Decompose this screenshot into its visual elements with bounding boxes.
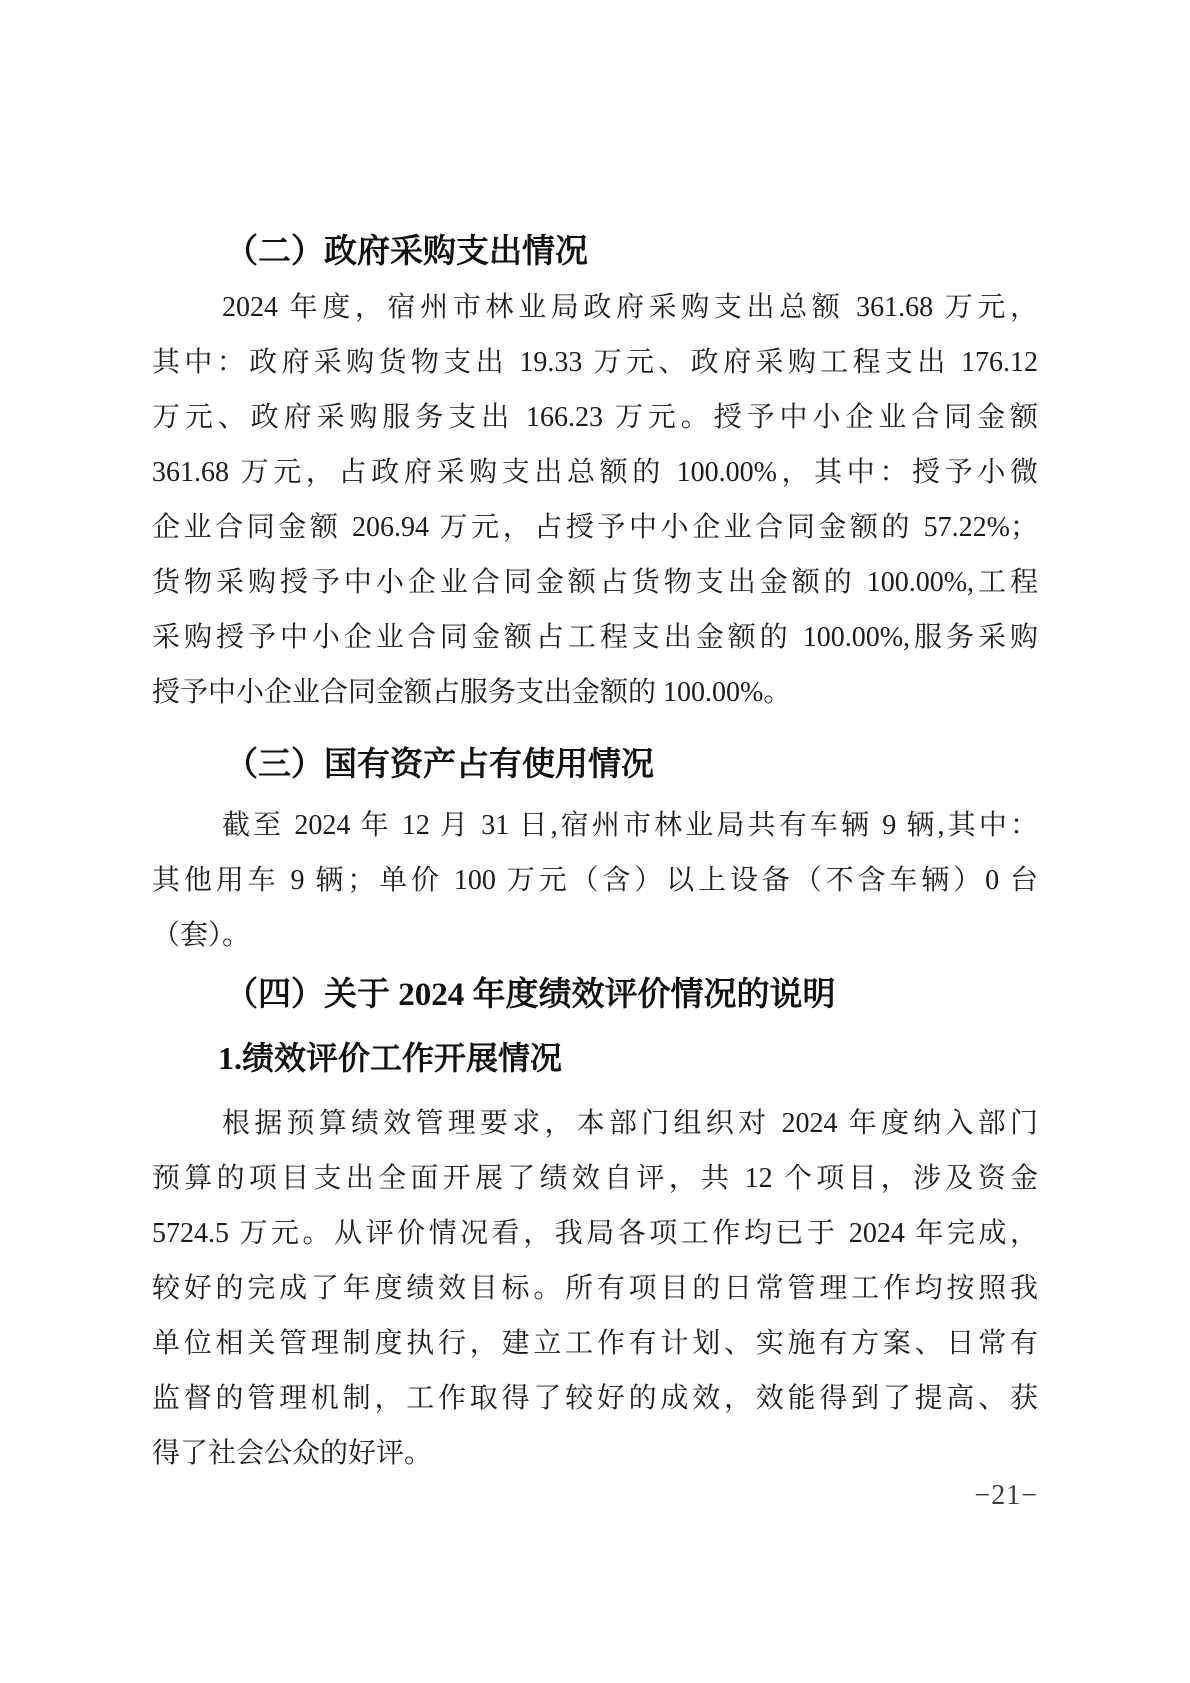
text-line: 得了社会公众的好评。 xyxy=(152,1426,1038,1481)
text-line: 5724.5 万元。从评价情况看，我局各项工作均已于 2024 年完成， xyxy=(152,1206,1038,1261)
text-line: 单位相关管理制度执行，建立工作有计划、实施有方案、日常有 xyxy=(152,1316,1038,1371)
text-line: 货物采购授予中小企业合同金额占货物支出金额的 100.00%,工程 xyxy=(152,555,1038,610)
section-heading: （三）国有资产占有使用情况 xyxy=(152,738,1038,793)
page-number: −21− xyxy=(974,1480,1038,1512)
paragraph: 截至 2024 年 12 月 31 日,宿州市林业局共有车辆 9 辆,其中：其他… xyxy=(152,798,1038,963)
text-line: 其中：政府采购货物支出 19.33 万元、政府采购工程支出 176.12 xyxy=(152,335,1038,390)
text-line: 预算的项目支出全面开展了绩效自评，共 12 个项目，涉及资金 xyxy=(152,1151,1038,1206)
document-page: （二）政府采购支出情况2024 年度，宿州市林业局政府采购支出总额 361.68… xyxy=(0,0,1190,1683)
paragraph: 2024 年度，宿州市林业局政府采购支出总额 361.68 万元，其中：政府采购… xyxy=(152,280,1038,720)
text-line: 采购授予中小企业合同金额占工程支出金额的 100.00%,服务采购 xyxy=(152,610,1038,665)
text-line: （套）。 xyxy=(152,908,1038,963)
text-line: 监督的管理机制，工作取得了较好的成效，效能得到了提高、获 xyxy=(152,1371,1038,1426)
text-line: 企业合同金额 206.94 万元，占授予中小企业合同金额的 57.22%； xyxy=(152,500,1038,555)
text-line: 截至 2024 年 12 月 31 日,宿州市林业局共有车辆 9 辆,其中： xyxy=(152,798,1038,853)
text-line: 较好的完成了年度绩效目标。所有项目的日常管理工作均按照我 xyxy=(152,1261,1038,1316)
text-line: 其他用车 9 辆；单价 100 万元（含）以上设备（不含车辆）0 台 xyxy=(152,853,1038,908)
text-line: 万元、政府采购服务支出 166.23 万元。授予中小企业合同金额 xyxy=(152,390,1038,445)
text-line: 361.68 万元，占政府采购支出总额的 100.00%，其中：授予小微 xyxy=(152,445,1038,500)
paragraph: 根据预算绩效管理要求，本部门组织对 2024 年度纳入部门预算的项目支出全面开展… xyxy=(152,1096,1038,1481)
section-heading: （二）政府采购支出情况 xyxy=(152,225,1038,280)
text-line: 根据预算绩效管理要求，本部门组织对 2024 年度纳入部门 xyxy=(152,1096,1038,1151)
section-heading: （四）关于 2024 年度绩效评价情况的说明 xyxy=(152,968,1038,1023)
text-line: 2024 年度，宿州市林业局政府采购支出总额 361.68 万元， xyxy=(152,280,1038,335)
document-content: （二）政府采购支出情况2024 年度，宿州市林业局政府采购支出总额 361.68… xyxy=(152,225,1038,1481)
sub-section-heading: 1.绩效评价工作开展情况 xyxy=(152,1031,1038,1086)
text-line: 授予中小企业合同金额占服务支出金额的 100.00%。 xyxy=(152,665,1038,720)
